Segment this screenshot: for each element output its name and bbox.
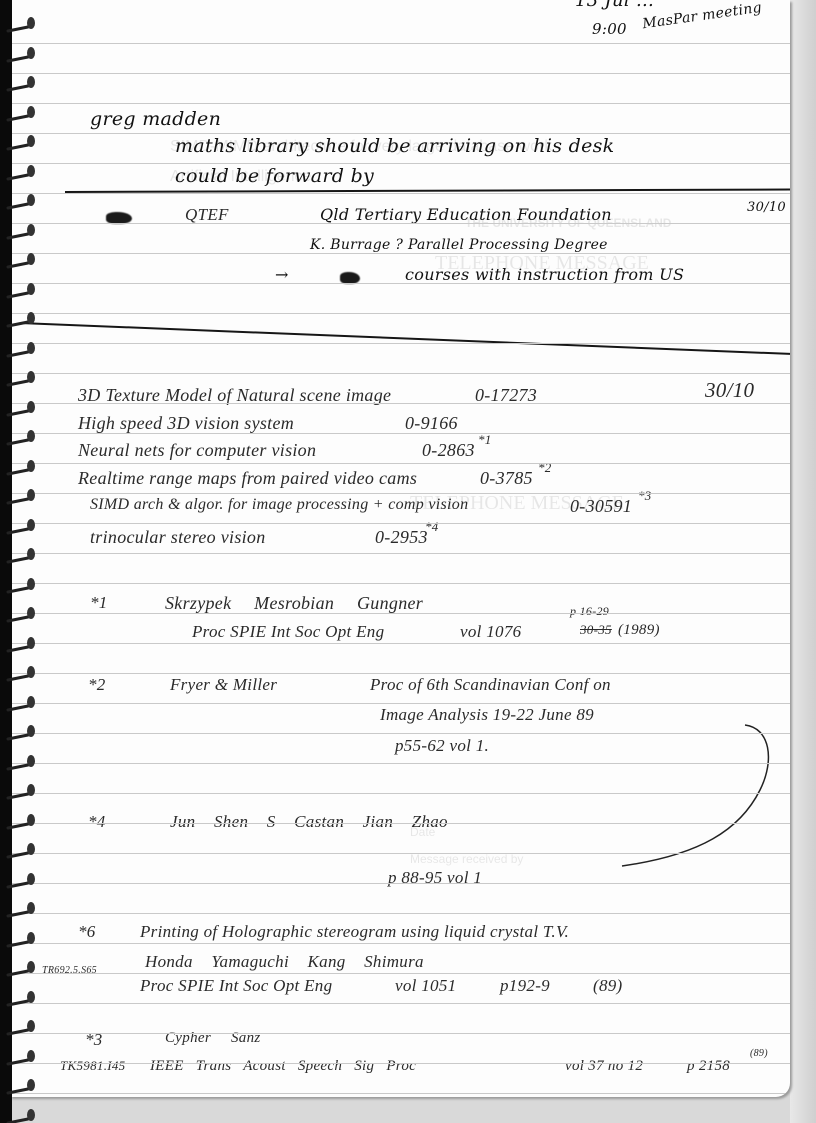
spiral-coil-icon [6,665,36,683]
ref-year: (89) [750,1048,768,1059]
spiral-coil-icon [6,547,36,565]
ruled-line [10,373,790,374]
spiral-coil-icon [6,400,36,418]
ref-mark: *4 [88,812,106,832]
ref-authors: Jun Shen S Castan Jian Zhao [170,812,448,832]
ref-mark: *6 [78,922,96,942]
ref-source: Image Analysis 19-22 June 89 [380,705,594,725]
spiral-coil-icon [6,842,36,860]
ref-pages-struck: 30-35 [580,622,612,638]
spiral-coil-icon [6,341,36,359]
ruled-line [10,493,790,494]
ruled-line [10,403,790,404]
spiral-coil-icon [6,223,36,241]
spiral-coil-icon [6,901,36,919]
ruled-line [10,43,790,44]
ruled-line [10,853,790,854]
spiral-coil-icon [6,1108,36,1123]
spiral-coil-icon [6,488,36,506]
ref-authors: Skrzypek Mesrobian Gungner [165,593,423,614]
ruled-line [10,913,790,914]
ruled-line [10,733,790,734]
header-time: 9:00 [592,20,627,38]
spiral-coil-icon [6,783,36,801]
reading-list-item-ref: 0-30591 [570,496,632,517]
reading-list-item-mark: *1 [478,432,492,448]
header-event: MasPar meeting [641,0,762,32]
spiral-coil-icon [6,990,36,1008]
spiral-coil-icon [6,46,36,64]
reading-list-item-ref: 0-3785 [480,468,533,489]
ruled-line [10,763,790,764]
spiral-coil-icon [6,193,36,211]
qtef-expansion: Qld Tertiary Education Foundation [320,205,612,224]
reading-list-item-mark: *4 [425,519,439,535]
ruled-line [10,133,790,134]
ref-vol: vol 1076 [460,622,521,642]
ruled-line [10,823,790,824]
ruled-line [10,613,790,614]
ruled-line [10,163,790,164]
spiral-coil-icon [6,459,36,477]
header-date: 13 Jul ... [575,0,654,11]
ruled-line [10,793,790,794]
ruled-line [10,283,790,284]
ref-year: (89) [593,976,623,996]
qtef-line: K. Burrage ? Parallel Processing Degree [310,237,608,253]
spiral-coil-icon [6,754,36,772]
spiral-coil-icon [6,75,36,93]
ruled-line [10,103,790,104]
ref-pages: p 2158 [687,1058,730,1075]
ruled-line [10,253,790,254]
ruled-line [10,313,790,314]
note-line: maths library should be arriving on his … [175,135,614,157]
arrow-icon: → [275,265,289,284]
ruled-line [10,673,790,674]
reading-list-item-title: Realtime range maps from paired video ca… [78,468,417,489]
ruled-line [10,223,790,224]
qtef-line: courses with instruction from US [405,265,684,284]
qtef-date: 30/10 [747,200,786,215]
spiral-coil-icon [6,134,36,152]
spiral-coil-icon [6,518,36,536]
spiral-coil-icon [6,931,36,949]
ref-pages: p192-9 [500,976,550,996]
spiral-coil-icon [6,695,36,713]
reading-list-item-ref: 0-2863 [422,440,475,461]
spiral-coil-icon [6,577,36,595]
ref-pages: p55-62 vol 1. [395,736,489,756]
spiral-coil-icon [6,370,36,388]
spiral-coil-icon [6,1049,36,1067]
ref-source: Proc SPIE Int Soc Opt Eng [140,976,332,996]
reading-list-item-ref: 0-9166 [405,413,458,434]
ref-authors: Honda Yamaguchi Kang Shimura [145,952,424,972]
ref-source: Proc SPIE Int Soc Opt Eng [192,622,384,642]
reading-list-item-title: SIMD arch & algor. for image processing … [90,496,468,514]
spiral-coil-icon [6,105,36,123]
ref-source: IEEE Trans Acoust Speech Sig Proc [150,1058,416,1075]
ref-pages: p 88-95 vol 1 [388,868,482,888]
ref-year: (1989) [618,622,660,639]
ruled-line [10,523,790,524]
reading-list-item-title: trinocular stereo vision [90,527,266,548]
ruled-line [10,193,790,194]
page-edge-shadow [790,0,816,1123]
ref-callno: TK5981.I45 [60,1058,125,1074]
spiral-coil-icon [6,311,36,329]
ruled-line [10,1003,790,1004]
spiral-coil-icon [6,1019,36,1037]
reading-list-item-ref: 0-2953 [375,527,428,548]
bleed-through-form-received: Message received by [410,852,523,866]
ruled-line [10,463,790,464]
ruled-line [10,703,790,704]
spiral-coil-icon [6,636,36,654]
ref-callno: TR692.5.S65 [42,965,97,976]
ref-mark: *2 [88,675,106,695]
note-line: could be forward by [175,165,374,187]
ruled-line [10,1033,790,1034]
reading-list-item-title: High speed 3D vision system [78,413,294,434]
ruled-line [10,943,790,944]
spiral-coil-icon [6,282,36,300]
reading-list-item-mark: *3 [638,488,652,504]
ref-source: Proc of 6th Scandinavian Conf on [370,675,611,695]
section-divider [20,322,790,355]
ref-title: Printing of Holographic stereogram using… [140,922,569,942]
spiral-coil-icon [6,164,36,182]
ruled-line [10,433,790,434]
spiral-coil-icon [6,813,36,831]
ruled-line [10,643,790,644]
ruled-line [10,1093,790,1094]
ref-authors: Fryer & Miller [170,675,277,695]
ruled-line [10,343,790,344]
spiral-coil-icon [6,252,36,270]
spiral-coil-icon [6,724,36,742]
qtef-acronym: QTEF [185,205,229,225]
spiral-coil-icon [6,872,36,890]
spiral-coil-icon [6,16,36,34]
ruled-line [10,1063,790,1064]
reading-list-date: 30/10 [705,378,754,403]
ruled-line [10,883,790,884]
spiral-coil-icon [6,606,36,624]
ref-pages: p 16-29 [570,604,609,619]
spiral-coil-icon [6,429,36,447]
ruled-line [10,973,790,974]
ruled-line [10,583,790,584]
ruled-line [10,553,790,554]
ruled-line [10,73,790,74]
spiral-coil-icon [6,960,36,978]
reading-list-item-title: Neural nets for computer vision [78,440,316,461]
note-name: greg madden [90,108,221,130]
spiral-coil-icon [6,1078,36,1096]
ref-vol: vol 37 no 12 [565,1058,643,1075]
ref-vol: vol 1051 [395,976,456,996]
notebook-page: SIMD-MIMD architecture for very large da… [10,0,790,1097]
ref-mark: *1 [90,593,108,613]
